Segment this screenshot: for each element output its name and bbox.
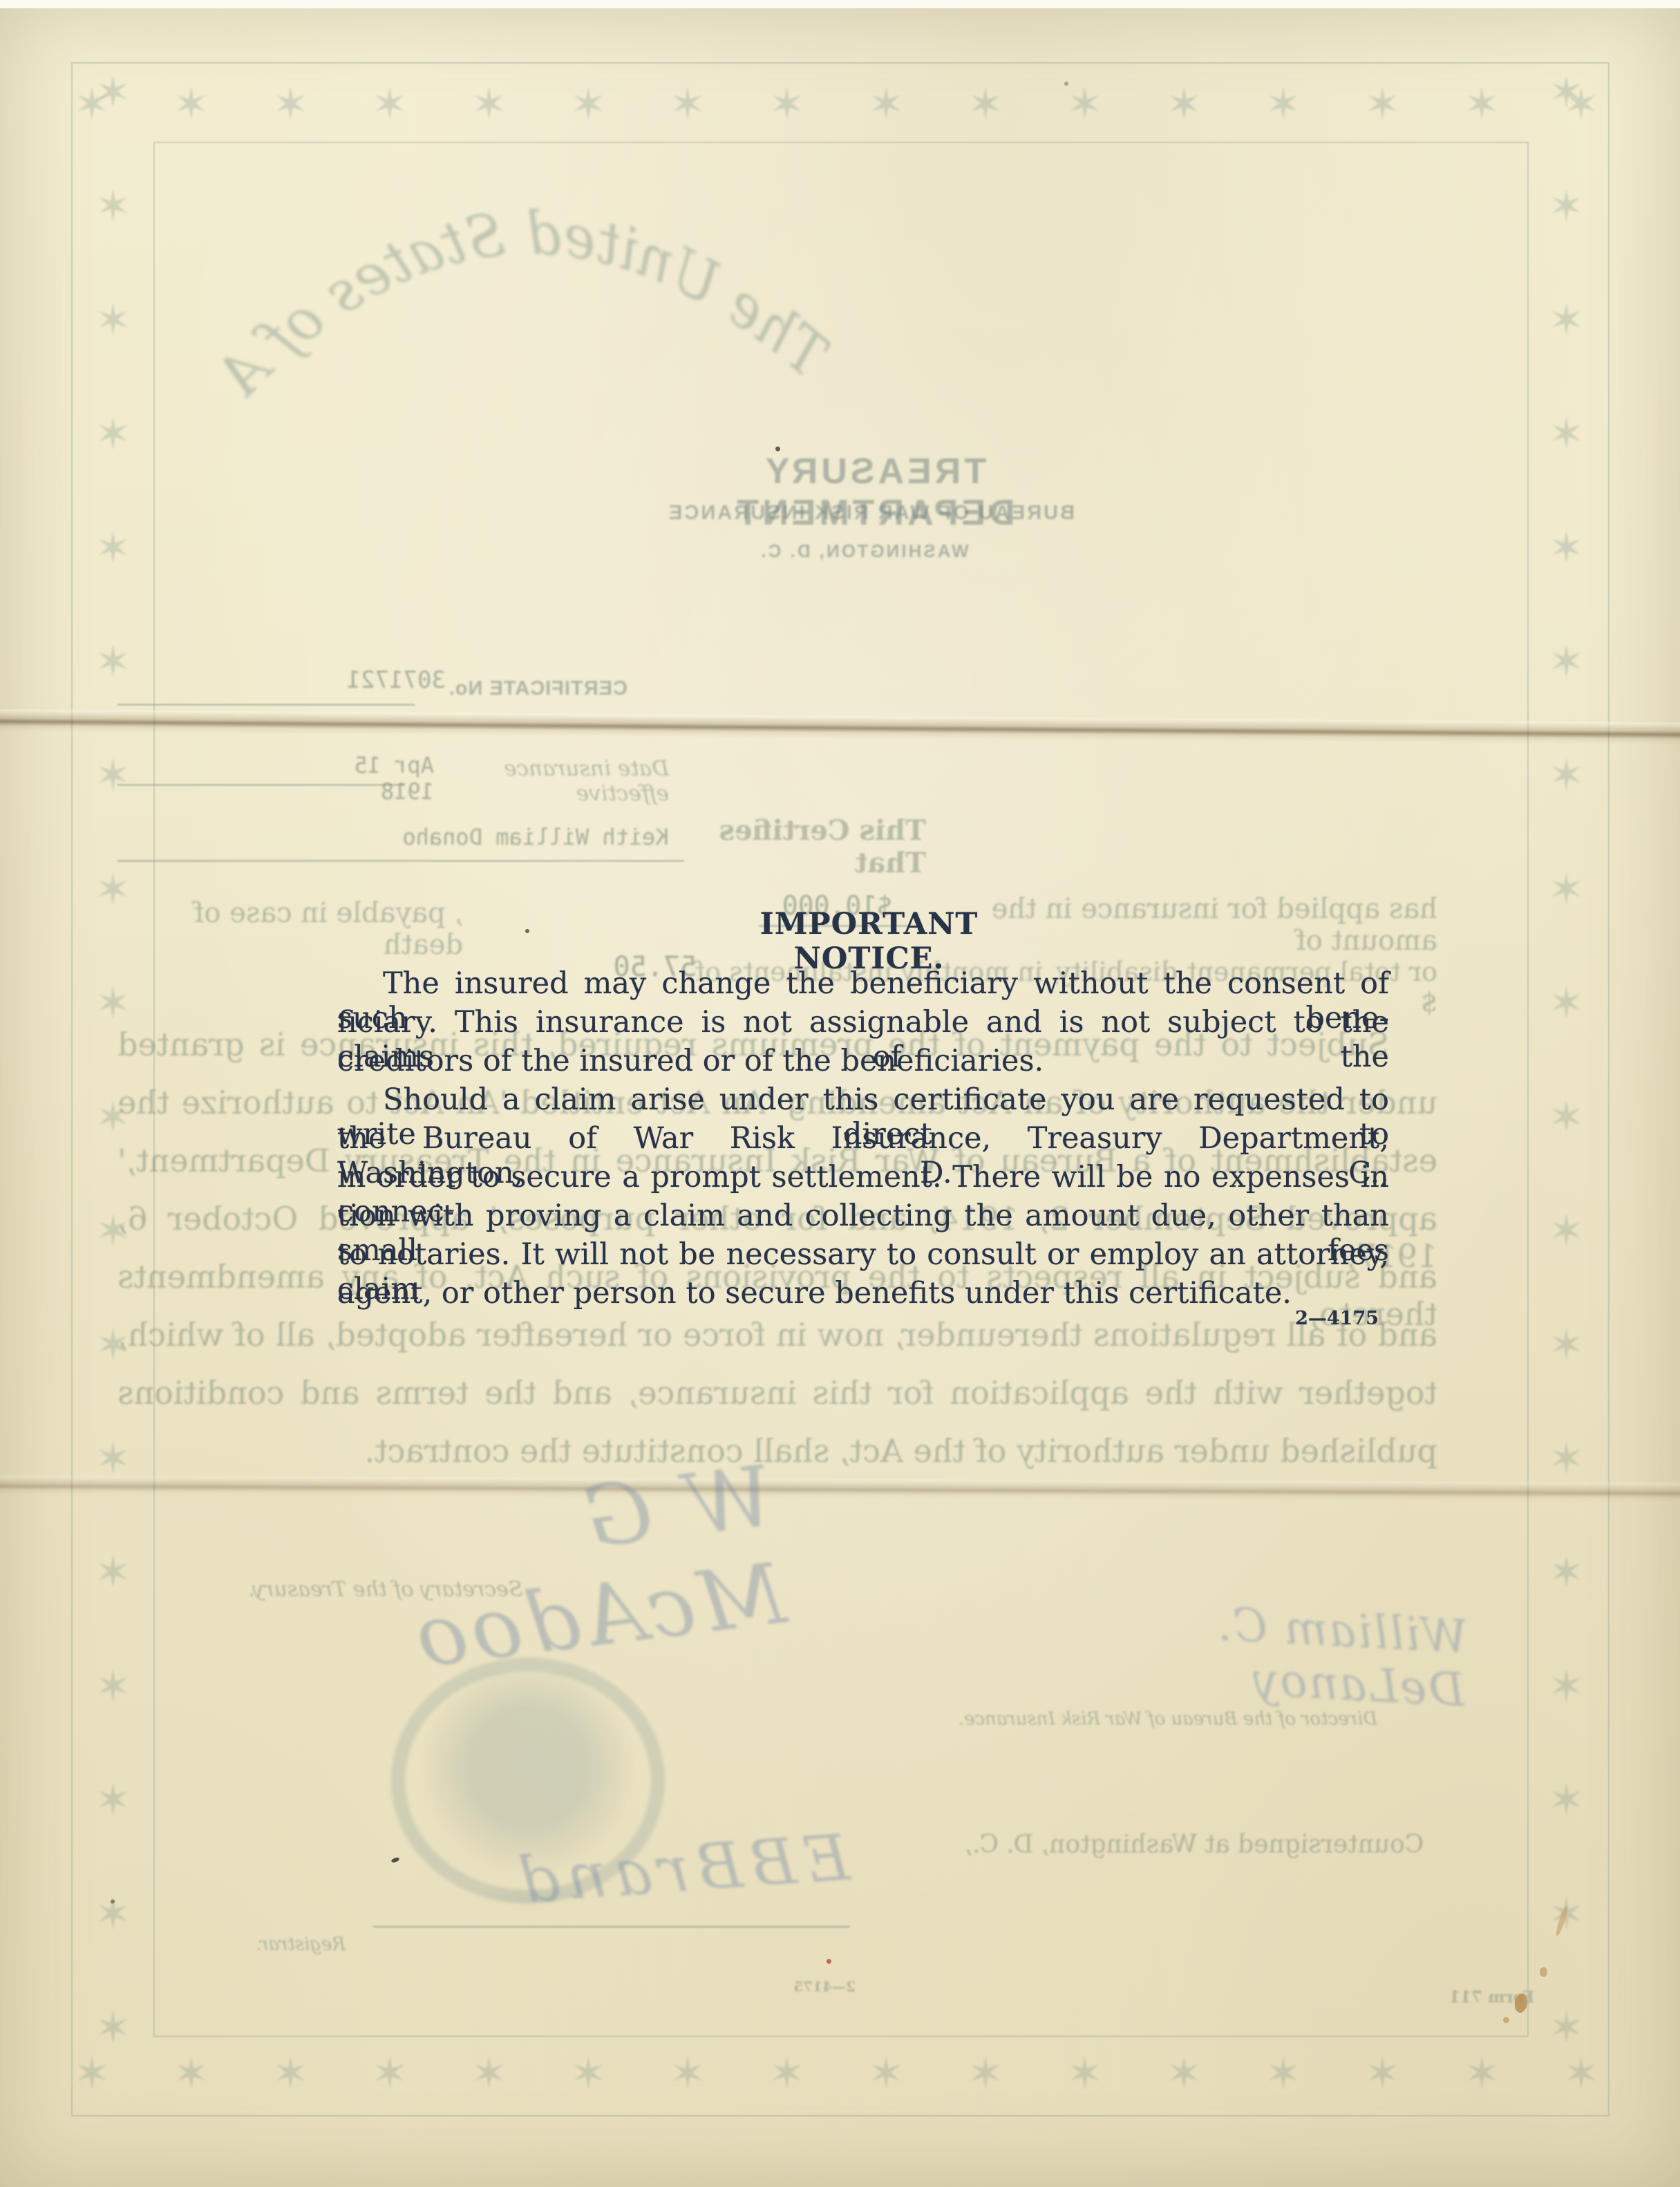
paper-speck bbox=[1540, 1967, 1547, 1977]
paper-speck bbox=[525, 929, 529, 933]
notice-form-code: 2—4175 bbox=[1275, 1308, 1379, 1329]
notice-paragraph-1-line: ficiary. This insurance is not assignabl… bbox=[337, 1005, 1389, 1044]
scan-edge bbox=[0, 0, 1680, 8]
notice-paragraph-2-line: in order to secure a prompt settlement. … bbox=[337, 1160, 1389, 1199]
bleed-subject-paragraph-line: and of all regulations thereunder, now i… bbox=[117, 1316, 1437, 1374]
bleed-date-rule bbox=[117, 784, 404, 786]
notice-paragraph-1: The insured may change the beneficiary w… bbox=[337, 966, 1389, 1082]
paper-speck bbox=[111, 1899, 115, 1904]
bleed-registrar-label: Registrar. bbox=[228, 1934, 346, 1955]
notice-heading: IMPORTANT NOTICE. bbox=[691, 907, 1047, 976]
border-stars-right: ✶ ✶ ✶ ✶ ✶ ✶ ✶ ✶ ✶ ✶ ✶ ✶ ✶ ✶ ✶ ✶ ✶ ✶ ✶ ✶ … bbox=[1527, 67, 1605, 2113]
bleed-insured-name: Keith William Donaho bbox=[377, 824, 695, 850]
bleed-registrar-rule bbox=[373, 1926, 850, 1928]
bleed-bureau-line: BUREAU OF WAR RISK INSURANCE bbox=[663, 502, 1078, 525]
bleed-countersigned-line: Countersigned at Washington, D. C., bbox=[945, 1830, 1443, 1859]
bleed-secretary-title: Secretary of the Treasury. bbox=[247, 1577, 524, 1602]
bleed-certificate-label: CERTIFICATE No. bbox=[420, 677, 627, 700]
paper-speck bbox=[827, 1959, 831, 1964]
paper-speck bbox=[1503, 2017, 1509, 2023]
notice-paragraph-1-line: The insured may change the beneficiary w… bbox=[337, 966, 1389, 1005]
bleed-title-text: The United States of America bbox=[196, 79, 834, 422]
bleed-certificate-number: 3071721 bbox=[314, 666, 446, 694]
paper-speck bbox=[775, 447, 780, 451]
bleed-certificate-rule bbox=[117, 704, 415, 706]
bleed-date-value: Apr 15 1918 bbox=[289, 752, 434, 805]
bleed-washington-line: WASHINGTON, D. C. bbox=[712, 541, 1016, 562]
bleed-form-code-small: 2—4175 bbox=[773, 1978, 856, 1995]
bleed-name-rule bbox=[117, 860, 684, 862]
notice-paragraph-2-line: tion with proving a claim and collecting… bbox=[337, 1199, 1389, 1237]
border-stars-bottom: ✶ ✶ ✶ ✶ ✶ ✶ ✶ ✶ ✶ ✶ ✶ ✶ ✶ ✶ ✶ ✶ ✶ ✶ ✶ ✶ … bbox=[74, 2035, 1604, 2112]
bleed-certifies-label: This Certifies That bbox=[688, 814, 926, 879]
notice-paragraph-2-line: the Bureau of War Risk Insurance, Treasu… bbox=[337, 1121, 1389, 1160]
svg-text:The United States of America: The United States of America bbox=[196, 79, 834, 422]
notice-paragraph-2: Should a claim arise under this certific… bbox=[337, 1082, 1389, 1315]
bleed-title-script: The United States of America bbox=[196, 79, 834, 450]
paper-speck bbox=[1064, 82, 1068, 86]
bleed-director-title: Director of the Bureau of War Risk Insur… bbox=[926, 1709, 1410, 1729]
notice-paragraph-2-line: to notaries. It will not be necessary to… bbox=[337, 1237, 1389, 1276]
certificate-back-page: ✶ ✶ ✶ ✶ ✶ ✶ ✶ ✶ ✶ ✶ ✶ ✶ ✶ ✶ ✶ ✶ ✶ ✶ ✶ ✶ … bbox=[0, 0, 1680, 2187]
bleed-subject-paragraph-line: together with the application for this i… bbox=[117, 1374, 1437, 1432]
bleed-amount-suffix: , payable in case of death bbox=[114, 897, 463, 961]
notice-paragraph-2-line: agent, or other person to secure benefit… bbox=[337, 1276, 1389, 1315]
bleed-date-label: Date insurance effective bbox=[406, 756, 669, 806]
notice-paragraph-2-line: Should a claim arise under this certific… bbox=[337, 1082, 1389, 1121]
